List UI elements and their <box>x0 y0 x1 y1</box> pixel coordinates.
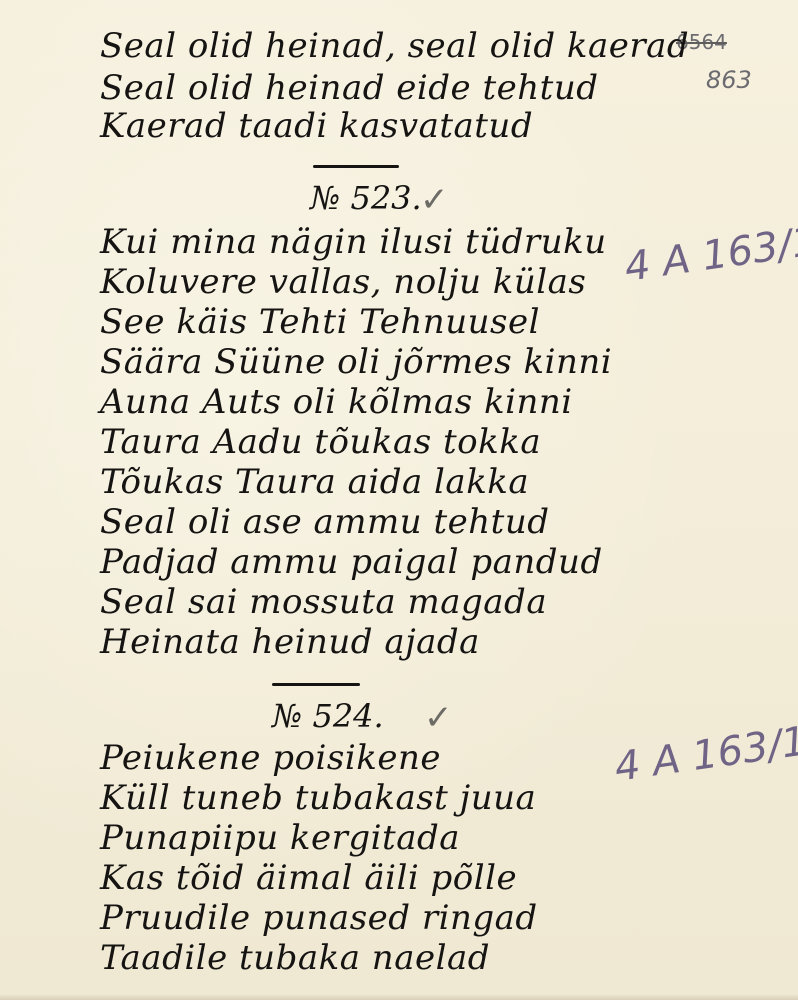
song-number-heading: № 524. <box>272 696 384 736</box>
song-line: Koluvere vallas, nolju külas <box>100 262 586 302</box>
song-line: Punapiipu kergitada <box>100 818 460 858</box>
archive-reference: 4 A 163/1 <box>622 218 798 290</box>
song-line: Kas tõid äimal äili põlle <box>100 858 517 898</box>
continuation-line: Seal olid heinad, seal olid kaerad <box>100 26 689 66</box>
section-divider <box>313 165 399 168</box>
archive-reference: 4 A 163/1 <box>612 718 798 790</box>
song-line: See käis Tehti Tehnuusel <box>100 302 540 342</box>
continuation-line: Seal olid heinad eide tehtud <box>100 68 598 108</box>
checkmark-icon: ✓ <box>424 698 453 738</box>
manuscript-page: 6564 863 Seal olid heinad, seal olid kae… <box>0 0 798 1000</box>
song-line: Küll tuneb tubakast juua <box>100 778 536 818</box>
song-line: Tõukas Taura aida lakka <box>100 462 529 502</box>
song-line: Peiukene poisikene <box>100 738 441 778</box>
song-line: Taura Aadu tõukas tokka <box>100 422 541 462</box>
song-line: Heinata heinud ajada <box>100 622 480 662</box>
section-divider <box>272 683 360 686</box>
song-line: Säära Süüne oli jõrmes kinni <box>100 342 612 382</box>
song-number-heading: № 523. <box>310 178 422 218</box>
song-line: Kui mina nägin ilusi tüdruku <box>100 222 607 262</box>
song-line: Padjad ammu paigal pandud <box>100 542 603 582</box>
song-line: Seal sai mossuta magada <box>100 582 547 622</box>
song-line: Auna Auts oli kõlmas kinni <box>100 382 573 422</box>
continuation-line: Kaerad taadi kasvatatud <box>100 106 533 146</box>
song-line: Pruudile punased ringad <box>100 898 538 938</box>
checkmark-icon: ✓ <box>420 180 449 220</box>
song-line: Taadile tubaka naelad <box>100 938 490 978</box>
archive-number: 863 <box>706 66 752 94</box>
song-line: Seal oli ase ammu tehtud <box>100 502 550 542</box>
